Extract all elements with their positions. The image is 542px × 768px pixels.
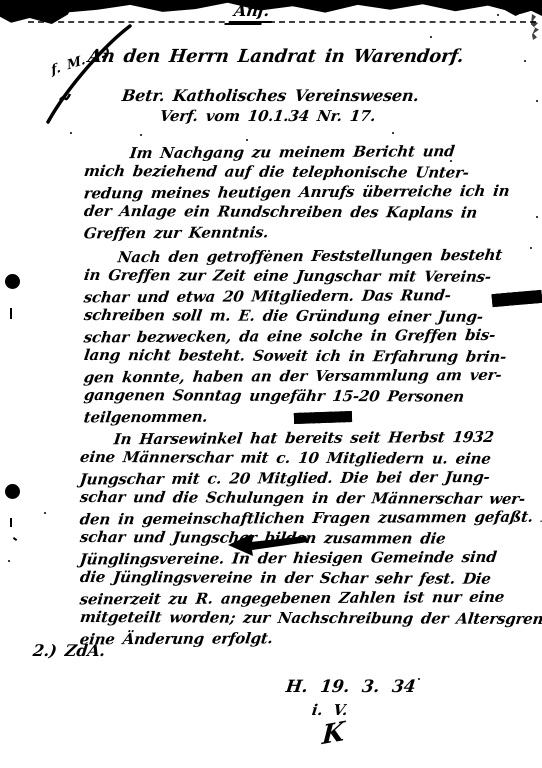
- handwritten-line: eine Änderung erfolgt.: [79, 627, 542, 650]
- margin-tick: [10, 308, 12, 319]
- subject-line: Betr. Katholisches Vereinswesen.: [121, 86, 420, 105]
- date-line: H. 19. 3. 34: [285, 677, 417, 697]
- margin-tick: [13, 537, 17, 541]
- scanned-document-page: Anf. f. M. 1.) An den Herrn Landrat in W…: [0, 0, 542, 768]
- handwritten-line: der Anlage ein Rundschreiben des Kaplans…: [83, 201, 542, 223]
- handwritten-line: Im Nachgang zu meinem Bericht und: [83, 141, 542, 164]
- handwritten-line: mich beziehend auf die telephonische Unt…: [83, 161, 542, 183]
- handwritten-line: schar bezwecken, da eine solche in Greff…: [83, 325, 542, 348]
- punch-hole-icon: [5, 484, 20, 499]
- paragraph-2: Nach den getroffenen Feststellungen best…: [84, 246, 542, 426]
- handwritten-line: lang nicht besteht. Soweit ich in Erfahr…: [83, 345, 542, 367]
- handwritten-line: schar und die Schulungen in der Männersc…: [79, 487, 542, 509]
- margin-tick: [10, 518, 12, 527]
- ink-specks: [0, 0, 2, 2]
- insertion-arrow-icon: [226, 530, 312, 556]
- handwritten-line: eine Männerschar mit c. 10 Mitgliedern u…: [79, 447, 542, 469]
- filed-note: 2.) ZdA.: [32, 641, 106, 660]
- scan-artifact-corner: [498, 0, 542, 16]
- scan-edge-speckle: [530, 14, 540, 40]
- handwritten-line: Nach den getroffenen Feststellungen best…: [83, 245, 542, 268]
- handwritten-line: gen konnte, haben an der Versammlung am …: [83, 365, 542, 388]
- punch-hole-icon: [5, 274, 20, 289]
- signature-paraph: K: [321, 717, 345, 752]
- address-line: An den Herrn Landrat in Warendorf.: [87, 46, 465, 67]
- handwritten-line: mitgeteilt worden; zur Nachschreibung de…: [79, 607, 542, 629]
- handwritten-line: den in gemeinschaftlichen Fragen zusamme…: [79, 507, 542, 530]
- handwritten-line: schreiben soll m. E. die Gründung einer …: [83, 305, 542, 327]
- handwritten-line: Jungschar mit c. 20 Mitglied. Die bei de…: [79, 467, 542, 490]
- handwritten-line: Greffen zur Kenntnis.: [83, 221, 542, 244]
- handwritten-line: In Harsewinkel hat bereits seit Herbst 1…: [79, 427, 542, 450]
- strikeout-scribble: [294, 411, 352, 424]
- handwritten-line: seinerzeit zu R. angegebenen Zahlen ist …: [79, 587, 542, 610]
- handwritten-line: die Jünglingsvereine in der Schar sehr f…: [79, 567, 542, 589]
- paragraph-1: Im Nachgang zu meinem Bericht undmich be…: [84, 142, 542, 242]
- handwritten-line: redung meines heutigen Anrufs überreiche…: [83, 181, 542, 204]
- reference-line: Verf. vom 10.1.34 Nr. 17.: [159, 107, 377, 125]
- handwritten-line: schar und etwa 20 Mitgliedern. Das Rund-: [83, 285, 542, 308]
- handwritten-line: gangenen Sonntag ungefähr 15-20 Personen: [83, 385, 542, 407]
- top-annotation: Anf.: [229, 1, 275, 23]
- handwritten-line: in Greffen zur Zeit eine Jungschar mit V…: [83, 265, 542, 287]
